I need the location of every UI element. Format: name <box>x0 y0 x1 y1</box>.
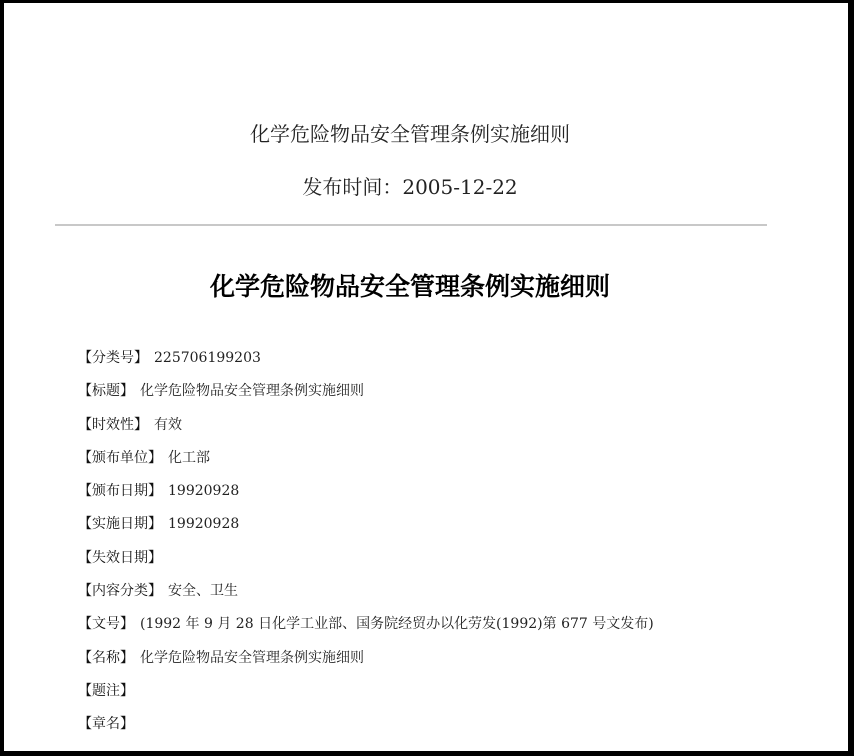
field-expiry-date: 【失效日期】 <box>78 546 654 579</box>
field-issue-date: 【颁布日期】19920928 <box>78 479 654 512</box>
field-label: 【颁布单位】 <box>78 450 162 466</box>
field-value: 化学危险物品安全管理条例实施细则 <box>140 650 364 666</box>
field-title: 【标题】化学危险物品安全管理条例实施细则 <box>78 379 654 412</box>
field-label: 【题注】 <box>78 683 134 699</box>
field-document-number: 【文号】(1992 年 9 月 28 日化学工业部、国务院经贸办以化劳发(199… <box>78 612 654 645</box>
field-value: 化工部 <box>168 450 210 466</box>
field-label: 【标题】 <box>78 383 134 399</box>
field-value: 19920928 <box>168 483 239 499</box>
field-content-category: 【内容分类】安全、卫生 <box>78 579 654 612</box>
field-value: (1992 年 9 月 28 日化学工业部、国务院经贸办以化劳发(1992)第 … <box>140 616 654 632</box>
field-label: 【失效日期】 <box>78 550 162 566</box>
field-label: 【实施日期】 <box>78 516 162 532</box>
field-label: 【文号】 <box>78 616 134 632</box>
field-label: 【时效性】 <box>78 417 148 433</box>
header-title: 化学危险物品安全管理条例实施细则 <box>0 120 820 148</box>
publish-time: 发布时间：2005-12-22 <box>0 173 820 201</box>
field-value: 19920928 <box>168 516 239 532</box>
field-label: 【内容分类】 <box>78 583 162 599</box>
field-annotation: 【题注】 <box>78 679 654 712</box>
divider <box>55 224 767 226</box>
field-classification-number: 【分类号】225706199203 <box>78 346 654 379</box>
field-value: 225706199203 <box>154 350 261 366</box>
document-title: 化学危险物品安全管理条例实施细则 <box>0 270 820 304</box>
field-effective-date: 【实施日期】19920928 <box>78 512 654 545</box>
field-value: 安全、卫生 <box>168 583 238 599</box>
field-issuing-unit: 【颁布单位】化工部 <box>78 446 654 479</box>
field-label: 【名称】 <box>78 650 134 666</box>
field-chapter-name: 【章名】 <box>78 712 654 745</box>
field-label: 【颁布日期】 <box>78 483 162 499</box>
metadata-fields: 【分类号】225706199203 【标题】化学危险物品安全管理条例实施细则 【… <box>78 346 654 746</box>
field-name: 【名称】化学危险物品安全管理条例实施细则 <box>78 646 654 679</box>
field-validity: 【时效性】有效 <box>78 413 654 446</box>
field-value: 化学危险物品安全管理条例实施细则 <box>140 383 364 399</box>
field-value: 有效 <box>154 417 182 433</box>
field-label: 【章名】 <box>78 716 134 732</box>
field-label: 【分类号】 <box>78 350 148 366</box>
